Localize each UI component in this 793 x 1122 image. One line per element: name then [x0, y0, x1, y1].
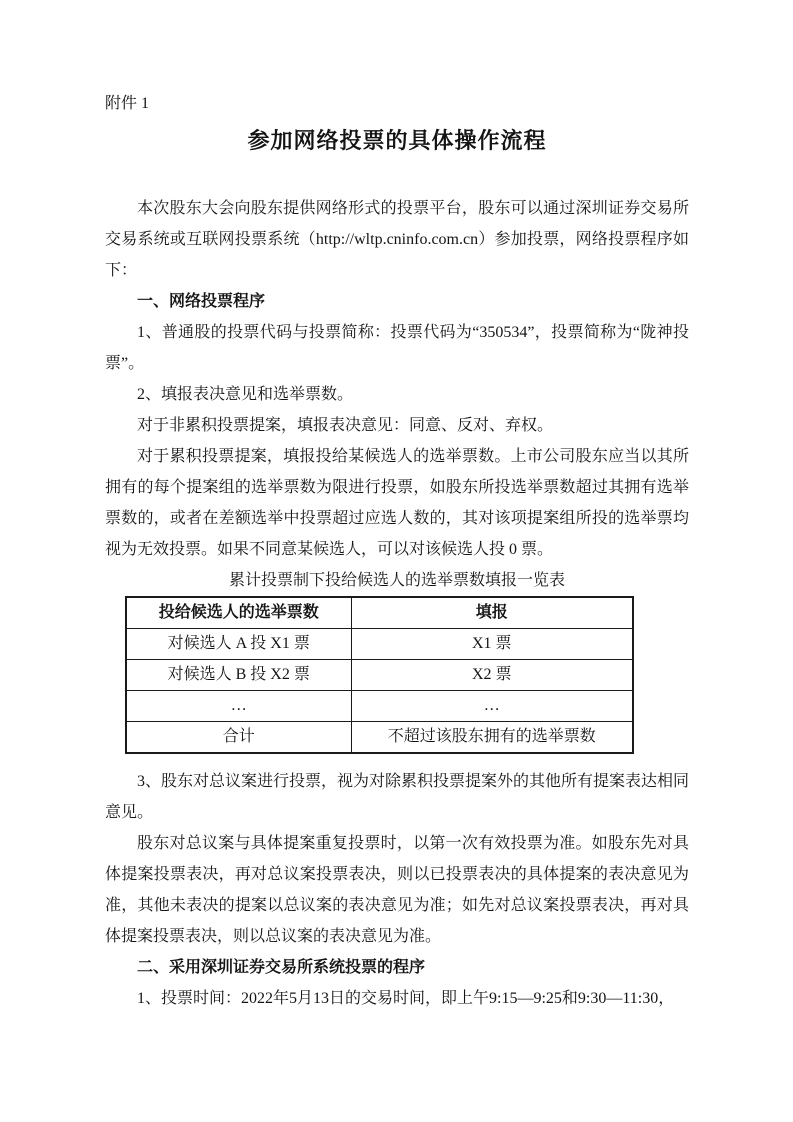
table-header-votes: 投给候选人的选举票数 [126, 597, 351, 629]
section1-paragraph-non-cumulative: 对于非累积投票提案，填报表决意见：同意、反对、弃权。 [105, 410, 689, 441]
table-caption: 累计投票制下投给候选人的选举票数填报一览表 [105, 565, 689, 596]
section1-paragraph-vote-code: 1、普通股的投票代码与投票简称：投票代码为“350534”，投票简称为“陇神投票… [105, 317, 689, 379]
page-title: 参加网络投票的具体操作流程 [105, 125, 689, 157]
document-page: 附件 1 参加网络投票的具体操作流程 本次股东大会向股东提供网络形式的投票平台，… [0, 0, 793, 1122]
table-cell: 对候选人 B 投 X2 票 [126, 660, 351, 691]
section2-heading: 二、采用深圳证券交易所系统投票的程序 [105, 952, 689, 983]
table-cell: … [126, 691, 351, 722]
section2-paragraph-vote-time: 1、投票时间：2022年5月13日的交易时间，即上午9:15—9:25和9:30… [105, 983, 689, 1014]
table-cell: X1 票 [351, 629, 633, 660]
section1-heading: 一、网络投票程序 [105, 286, 689, 317]
table-header-row: 投给候选人的选举票数 填报 [126, 597, 633, 629]
table-row: 合计 不超过该股东拥有的选举票数 [126, 722, 633, 754]
table-cell: 对候选人 A 投 X1 票 [126, 629, 351, 660]
table-cell: … [351, 691, 633, 722]
table-row: … … [126, 691, 633, 722]
vote-fill-table: 投给候选人的选举票数 填报 对候选人 A 投 X1 票 X1 票 对候选人 B … [125, 596, 634, 754]
table-header-fill: 填报 [351, 597, 633, 629]
section1-paragraph-general-proposal: 3、股东对总议案进行投票，视为对除累积投票提案外的其他所有提案表达相同意见。 [105, 766, 689, 828]
intro-paragraph: 本次股东大会向股东提供网络形式的投票平台，股东可以通过深圳证券交易所交易系统或互… [105, 193, 689, 286]
table-cell: X2 票 [351, 660, 633, 691]
table-row: 对候选人 B 投 X2 票 X2 票 [126, 660, 633, 691]
section1-paragraph-cumulative: 对于累积投票提案，填报投给某候选人的选举票数。上市公司股东应当以其所拥有的每个提… [105, 441, 689, 565]
section1-paragraph-duplicate-vote: 股东对总议案与具体提案重复投票时，以第一次有效投票为准。如股东先对具体提案投票表… [105, 828, 689, 952]
table-row: 对候选人 A 投 X1 票 X1 票 [126, 629, 633, 660]
section1-paragraph-fill-opinion: 2、填报表决意见和选举票数。 [105, 379, 689, 410]
table-cell: 合计 [126, 722, 351, 754]
table-cell: 不超过该股东拥有的选举票数 [351, 722, 633, 754]
attachment-label: 附件 1 [105, 88, 689, 119]
